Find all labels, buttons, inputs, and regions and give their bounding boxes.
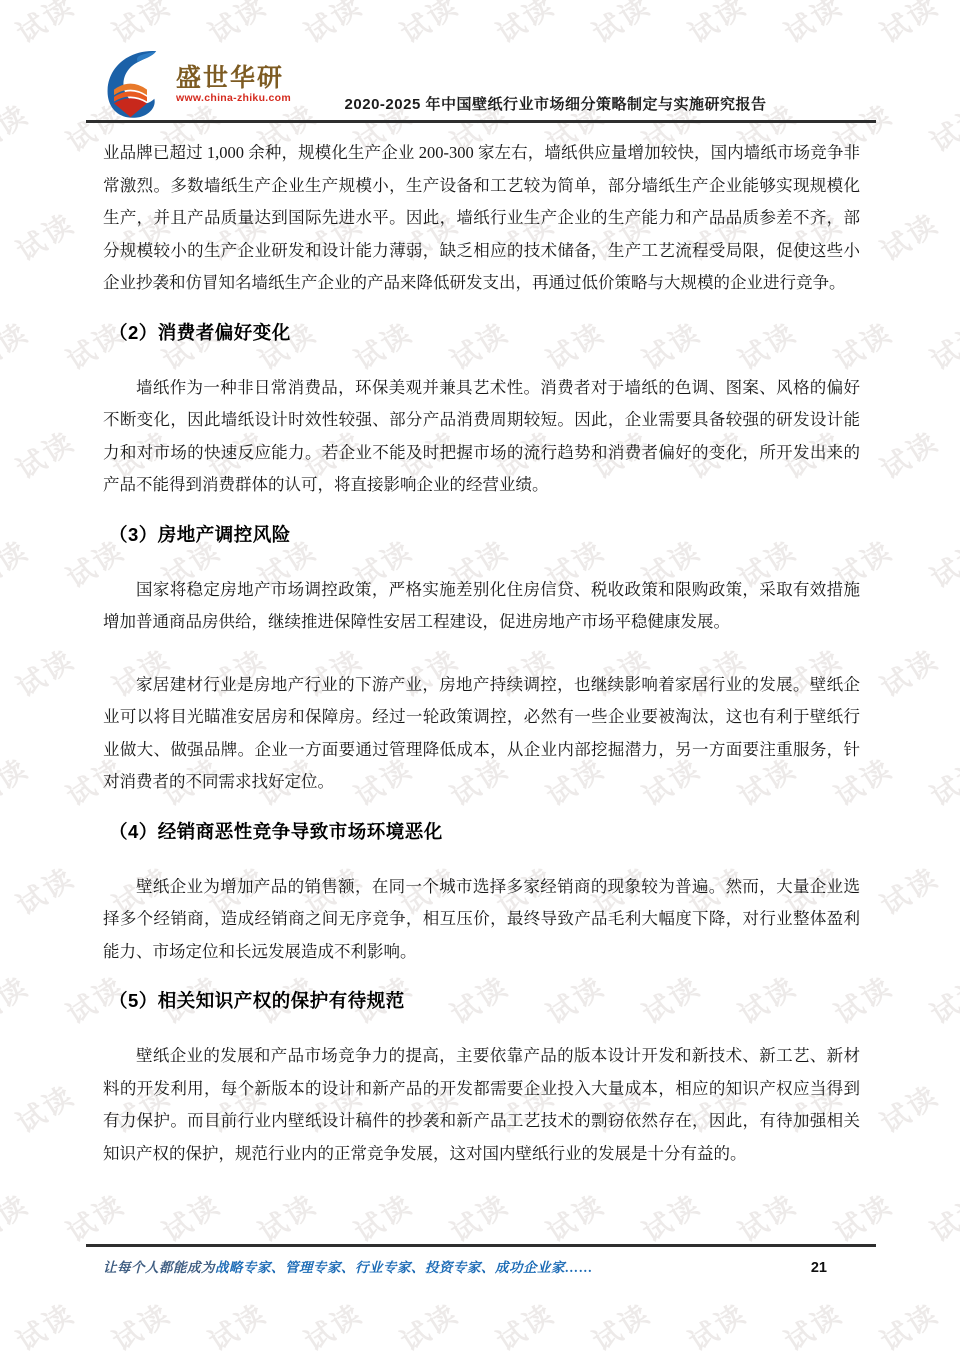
- section-heading: （2）消费者偏好变化: [103, 320, 860, 346]
- watermark-text: 试读: [104, 0, 178, 52]
- watermark-text: 试读: [200, 1292, 274, 1357]
- watermark-text: 试读: [8, 0, 82, 52]
- watermark-text: 试读: [0, 93, 36, 160]
- footer-slogan-prefix: 让每个人都能成为: [103, 1260, 215, 1275]
- document-body: 业品牌已超过 1,000 余种，规模化生产企业 200-300 家左右，墙纸供应…: [103, 123, 860, 1170]
- watermark-text: 试读: [154, 1183, 228, 1250]
- body-paragraph: 家居建材行业是房地产行业的下游产业，房地产持续调控，也继续影响着家居行业的发展。…: [103, 669, 860, 799]
- watermark-text: 试读: [392, 1292, 466, 1357]
- footer-rule: [86, 1244, 876, 1247]
- watermark-text: 试读: [872, 0, 946, 52]
- watermark-text: 试读: [922, 747, 960, 814]
- footer-slogan: 让每个人都能成为战略专家、管理专家、行业专家、投资专家、成功企业家……: [103, 1257, 593, 1279]
- body-paragraph: 业品牌已超过 1,000 余种，规模化生产企业 200-300 家左右，墙纸供应…: [103, 137, 860, 300]
- watermark-text: 试读: [922, 529, 960, 596]
- watermark-text: 试读: [488, 1292, 562, 1357]
- watermark-text: 试读: [8, 856, 82, 923]
- watermark-text: 试读: [872, 1074, 946, 1141]
- page-header: 盛世华研 www.china-zhiku.com 2020-2025 年中国壁纸…: [103, 50, 860, 120]
- watermark-text: 试读: [872, 420, 946, 487]
- watermark-text: 试读: [776, 0, 850, 52]
- open-book-swirl-icon: [103, 49, 169, 121]
- watermark-text: 试读: [680, 1292, 754, 1357]
- watermark-text: 试读: [634, 1183, 708, 1250]
- logo-company-name: 盛世华研: [176, 65, 291, 92]
- footer-slogan-emphasis: 战略专家、管理专家、行业专家、投资专家、成功企业家……: [215, 1260, 593, 1275]
- watermark-text: 试读: [8, 420, 82, 487]
- watermark-text: 试读: [58, 1183, 132, 1250]
- watermark-text: 试读: [8, 1292, 82, 1357]
- watermark-text: 试读: [680, 0, 754, 52]
- section-heading: （3）房地产调控风险: [103, 522, 860, 548]
- watermark-text: 试读: [922, 93, 960, 160]
- watermark-text: 试读: [826, 1183, 900, 1250]
- body-paragraph: 国家将稳定房地产市场调控政策，严格实施差别化住房信贷、税收政策和限购政策，采取有…: [103, 574, 860, 639]
- watermark-text: 试读: [776, 1292, 850, 1357]
- watermark-text: 试读: [104, 1292, 178, 1357]
- page-footer: 让每个人都能成为战略专家、管理专家、行业专家、投资专家、成功企业家…… 21: [103, 1257, 860, 1279]
- watermark-text: 试读: [8, 1074, 82, 1141]
- document-page: 试读试读试读试读试读试读试读试读试读试读试读试读试读试读试读试读试读试读试读试读…: [0, 0, 960, 1357]
- watermark-text: 试读: [584, 1292, 658, 1357]
- watermark-text: 试读: [872, 202, 946, 269]
- logo-text-block: 盛世华研 www.china-zhiku.com: [176, 65, 291, 105]
- watermark-text: 试读: [922, 965, 960, 1032]
- watermark-text: 试读: [922, 311, 960, 378]
- body-paragraph: 壁纸企业的发展和产品市场竞争力的提高，主要依靠产品的版本设计开发和新技术、新工艺…: [103, 1040, 860, 1170]
- watermark-text: 试读: [0, 747, 36, 814]
- watermark-text: 试读: [296, 0, 370, 52]
- watermark-text: 试读: [488, 0, 562, 52]
- watermark-text: 试读: [538, 1183, 612, 1250]
- watermark-text: 试读: [346, 1183, 420, 1250]
- report-title: 2020-2025 年中国壁纸行业市场细分策略制定与实施研究报告: [291, 93, 860, 120]
- watermark-text: 试读: [8, 638, 82, 705]
- watermark-text: 试读: [872, 638, 946, 705]
- section-heading: （4）经销商恶性竞争导致市场环境恶化: [103, 819, 860, 845]
- watermark-text: 试读: [872, 1292, 946, 1357]
- watermark-text: 试读: [0, 1183, 36, 1250]
- watermark-text: 试读: [392, 0, 466, 52]
- body-paragraph: 壁纸企业为增加产品的销售额，在同一个城市选择多家经销商的现象较为普遍。然而，大量…: [103, 871, 860, 969]
- company-logo: 盛世华研 www.china-zhiku.com: [103, 50, 291, 120]
- logo-website: www.china-zhiku.com: [176, 92, 291, 105]
- page-number: 21: [811, 1260, 827, 1276]
- watermark-text: 试读: [442, 1183, 516, 1250]
- watermark-text: 试读: [0, 311, 36, 378]
- watermark-text: 试读: [8, 202, 82, 269]
- watermark-text: 试读: [0, 965, 36, 1032]
- watermark-text: 试读: [730, 1183, 804, 1250]
- watermark-text: 试读: [200, 0, 274, 52]
- section-heading: （5）相关知识产权的保护有待规范: [103, 988, 860, 1014]
- watermark-text: 试读: [0, 529, 36, 596]
- body-paragraph: 墙纸作为一种非日常消费品，环保美观并兼具艺术性。消费者对于墙纸的色调、图案、风格…: [103, 372, 860, 502]
- watermark-text: 试读: [584, 0, 658, 52]
- watermark-text: 试读: [872, 856, 946, 923]
- watermark-text: 试读: [250, 1183, 324, 1250]
- watermark-text: 试读: [296, 1292, 370, 1357]
- watermark-text: 试读: [922, 1183, 960, 1250]
